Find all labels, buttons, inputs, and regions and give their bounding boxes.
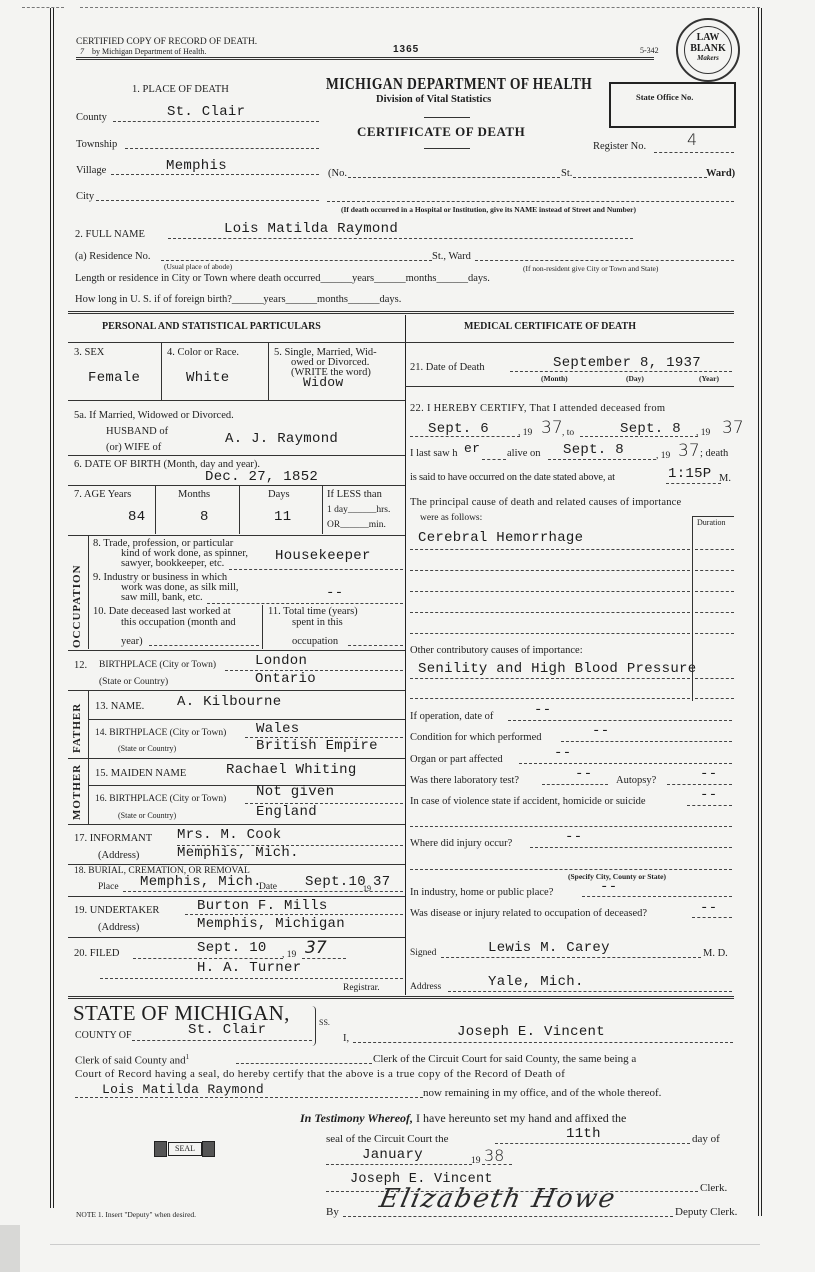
length-residence: Length or residence in City or Town wher… [75,273,490,284]
division-title: Division of Vital Statistics [376,94,491,105]
day-value: 11th [566,1126,601,1142]
filed-label: 20. FILED [74,948,120,959]
marital-value: Widow [303,375,344,390]
death-label: ; death [700,448,728,459]
attended-to: Sept. 8 [620,421,681,437]
i-label: I, [343,1033,349,1044]
cause-value: Cerebral Hemorrhage [418,530,583,546]
nonresident-note: (If non-resident give City or Town and S… [523,264,658,273]
register-label: Register No. [593,141,646,152]
burial-date-label: Date [259,882,277,892]
last-worked-1: 10. Date deceased last worked at [93,606,231,617]
operation-label: If operation, date of [410,711,493,722]
race-value: White [186,370,230,386]
lab-label: Was there laboratory test? [410,775,519,786]
dob-value: Dec. 27, 1852 [205,469,318,485]
mother-bp-label: 16. BIRTHPLACE (City or Town) [95,794,226,804]
county-of-label: COUNTY OF [75,1030,132,1041]
filed-year-prefix: , 19 [282,950,296,960]
alive-year: 37 [678,441,700,461]
clerk-line-1: Clerk of said County and1 [75,1053,189,1067]
title-rule-1 [424,117,470,118]
cert-county-value: St. Clair [188,1022,266,1038]
father-bp-city: Wales [256,721,300,737]
dod-day: (Day) [626,374,644,383]
place-of-death-heading: 1. PLACE OF DEATH [132,84,229,95]
top-edge-left [22,7,64,8]
clerk-label: Clerk. [700,1182,727,1194]
title-rule-2 [424,148,470,149]
burial-year-prefix: 19 [363,884,371,893]
county-value: St. Clair [167,104,245,120]
birthplace-city: London [255,653,307,669]
certified-mark: 7 [80,47,84,56]
medical-heading: MEDICAL CERTIFICATE OF DEATH [464,321,636,332]
full-name-label: 2. FULL NAME [75,229,145,240]
last-worked-2: this occupation (month and [121,617,236,628]
father-name-label: 13. NAME. [95,701,144,712]
mother-bp-state: England [256,804,317,820]
md-label: M. D. [703,948,728,959]
duration-label: Duration [697,518,725,527]
occupation-related-label: Was disease or injury related to occupat… [410,908,647,919]
mother-name-label: 15. MAIDEN NAME [95,768,186,779]
registrar-label: Registrar. [343,983,380,993]
month-value: January [362,1147,423,1163]
attended-to-year: 37 [722,418,744,438]
autopsy-value: -- [700,766,717,782]
certify-line: 22. I HEREBY CERTIFY, That I attended de… [410,403,665,414]
bracket [312,1006,316,1046]
days-label: Days [268,489,290,500]
seal-box: SEAL [154,1141,216,1157]
father-bp-label: 14. BIRTHPLACE (City or Town) [95,728,226,738]
clerk-line-sup: 1 [186,1053,190,1061]
certified-copy-line2: by Michigan Department of Health. [92,47,206,56]
signed-value: Lewis M. Carey [488,940,610,956]
spouse-label-3: (or) WIFE of [106,442,161,453]
trade-value: Housekeeper [275,548,371,564]
months-label: Months [178,489,210,500]
year-value: 38 [484,1146,504,1165]
birthplace-state: Ontario [255,671,316,687]
spouse-value: A. J. Raymond [225,431,338,447]
father-side-label: FATHER [71,695,83,753]
trade-label-3: sawyer, bookkeeper, etc. [121,558,224,569]
header-rule [76,57,654,60]
undertaker-addr-label: (Address) [98,922,139,933]
contributory-value: Senility and High Blood Pressure [418,661,696,677]
birthplace-num: 12. [74,660,87,671]
deputy-signature: Elizabeth Howe [377,1184,620,1214]
testimony-rest: I have hereunto set my hand and affixed … [416,1111,626,1125]
undertaker-label: 19. UNDERTAKER [74,905,159,916]
certification-rule [68,996,734,999]
address-value: Yale, Mich. [488,974,584,990]
less-label-3: OR______min. [327,520,386,530]
court-line: Court of Record having a seal, do hereby… [75,1068,565,1080]
last-saw-pronoun: er [464,441,480,456]
attended-from-year: 37 [541,418,563,438]
county-label: County [76,112,107,123]
occupation-related-value: -- [700,900,717,916]
undertaker-value: Burton F. Mills [197,898,328,914]
st-label: St. [561,168,572,179]
sex-label: 3. SEX [74,347,104,358]
city-label: City [76,191,94,202]
clerk-line-text: Clerk of said County and [75,1055,186,1067]
no-label: (No. [328,168,347,179]
spouse-label-2: HUSBAND of [106,426,168,437]
state-office-box: State Office No. [609,82,736,128]
spouse-label-1: 5a. If Married, Widowed or Divorced. [74,410,234,421]
address-label: Address [410,982,441,992]
time-suffix: M. [719,473,731,484]
industry-value: -- [326,585,343,601]
industry-place-label: In industry, home or public place? [410,887,553,898]
condition-value: -- [592,723,609,739]
total-time-1: 11. Total time (years) [268,606,358,617]
attended-to-prefix: , 19 [696,428,710,438]
informant-label: 17. INFORMANT [74,833,152,844]
burial-place-value: Memphis, Mich. [140,874,262,890]
mother-bp-state-label: (State or Country) [118,811,176,820]
residence-label: (a) Residence No. [75,251,151,262]
occurred-label: is said to have occurred on the date sta… [410,472,615,483]
bottom-edge [50,1244,760,1245]
registrar-value: H. A. Turner [197,960,301,976]
burial-place-label: Place [98,882,119,892]
total-time-2: spent in this [292,617,343,628]
sex-value: Female [88,370,140,386]
last-worked-3: year) [121,636,143,647]
violence-value: -- [700,787,717,803]
register-value: 4 [687,130,697,149]
less-label-1: If LESS than [327,489,382,500]
day-of: day of [692,1133,720,1145]
seal-line: seal of the Circuit Court the [326,1133,449,1145]
lab-value: -- [575,766,592,782]
seal-label: SEAL [168,1142,202,1156]
undertaker-addr-value: Memphis, Michigan [197,916,345,932]
right-border [758,8,762,1216]
remaining-line: now remaining in my office, and of the w… [423,1087,661,1099]
alive-on-label: alive on [507,448,541,459]
principal-cause-1: The principal cause of death and related… [410,497,681,508]
signed-label: Signed [410,948,436,958]
father-bp-state: British Empire [256,738,378,754]
organ-label: Organ or part affected [410,754,503,765]
injury-label: Where did injury occur? [410,838,512,849]
informant-addr-label: (Address) [98,850,139,861]
burial-year: 37 [373,874,390,890]
ward-label: Ward) [706,168,735,179]
law-blank-stamp: LAW BLANK Makers [676,18,740,82]
form-code: 5-342 [640,46,659,55]
deputy-label: Deputy Clerk. [675,1206,737,1218]
mother-side-label: MOTHER [71,762,83,820]
total-time-3: occupation [292,636,338,647]
informant-value: Mrs. M. Cook [177,827,281,843]
dod-label: 21. Date of Death [410,362,485,373]
top-edge-right [80,7,760,8]
seal-ornament-right [202,1141,215,1157]
clerk-line-2: Clerk of the Circuit Court for said Coun… [373,1053,636,1065]
personal-heading: PERSONAL AND STATISTICAL PARTICULARS [102,321,321,332]
injury-value: -- [565,829,582,845]
certificate-title: CERTIFICATE OF DEATH [357,124,525,140]
full-name-value: Lois Matilda Raymond [224,221,398,237]
hospital-note: (If death occurred in a Hospital or Inst… [341,205,636,214]
to-label: , to [562,428,574,438]
age-months: 8 [200,509,209,525]
dod-value: September 8, 1937 [553,355,701,371]
clerk-name: Joseph E. Vincent [457,1024,605,1040]
principal-cause-2: were as follows: [420,513,482,523]
ss-label: SS. [319,1018,330,1027]
section-rule [68,311,734,314]
column-divider [405,315,406,995]
informant-addr-value: Memphis, Mich. [177,845,299,861]
left-border [50,8,54,1208]
mother-name-value: Rachael Whiting [226,762,357,778]
village-label: Village [76,165,106,176]
age-years: 84 [128,509,145,525]
year-prefix: 19 [471,1156,481,1166]
stamp-line2: BLANK [678,43,738,54]
violence-label: In case of violence state if accident, h… [410,796,646,807]
birthplace-label: BIRTHPLACE (City or Town) [99,660,216,670]
stamp-line1: LAW [678,32,738,43]
filed-year: 37 [305,938,327,958]
residence-st-ward: St., Ward [432,251,471,262]
autopsy-label: Autopsy? [616,775,656,786]
form-number: 1365 [393,44,419,55]
mother-bp-city: Not given [256,784,334,800]
industry-label-3: saw mill, bank, etc. [121,592,203,603]
attended-from-prefix: , 19 [518,428,532,438]
testimony-italic: In Testimony Whereof, [300,1111,413,1125]
industry-place-value: -- [600,879,617,895]
operation-value: -- [534,702,551,718]
foreign-birth: How long in U. S. if of foreign birth?__… [75,294,401,305]
condition-label: Condition for which performed [410,732,542,743]
age-days: 11 [274,509,291,525]
stamp-line3: Makers [678,54,738,62]
certified-copy-line1: CERTIFIED COPY OF RECORD OF DEATH. [76,37,257,47]
note-deputy: NOTE 1. Insert "Deputy" when desired. [76,1210,196,1219]
alive-year-prefix: , 19 [656,451,670,461]
contributory-label: Other contributory causes of importance: [410,645,583,656]
time-value: 1:15P [668,466,712,482]
by-label: By [326,1206,339,1218]
village-value: Memphis [166,158,227,174]
township-label: Township [76,139,117,150]
seal-ornament-left [154,1141,167,1157]
page-left-edge [0,1225,20,1272]
race-label: 4. Color or Race. [167,347,239,358]
filed-value: Sept. 10 [197,940,267,956]
dod-month: (Month) [541,374,568,383]
usual-abode-note: (Usual place of abode) [164,262,232,271]
birthplace-state-label: (State or Country) [99,677,168,687]
father-name-value: A. Kilbourne [177,694,281,710]
father-bp-state-label: (State or Country) [118,744,176,753]
organ-value: -- [554,745,571,761]
attended-from: Sept. 6 [428,421,489,437]
burial-date-value: Sept.10 [305,874,366,890]
alive-on-value: Sept. 8 [563,442,624,458]
testimony-line: In Testimony Whereof, I have hereunto se… [300,1111,626,1126]
dept-title: MICHIGAN DEPARTMENT OF HEALTH [326,74,592,94]
dod-year: (Year) [699,374,719,383]
age-label: 7. AGE Years [74,489,131,500]
state-office-label: State Office No. [636,92,693,102]
occupation-side-label: OCCUPATION [71,548,83,648]
less-label-2: 1 day______hrs. [327,505,390,515]
last-saw-label: I last saw h [410,448,458,459]
cert-deceased-name: Lois Matilda Raymond [102,1082,264,1097]
